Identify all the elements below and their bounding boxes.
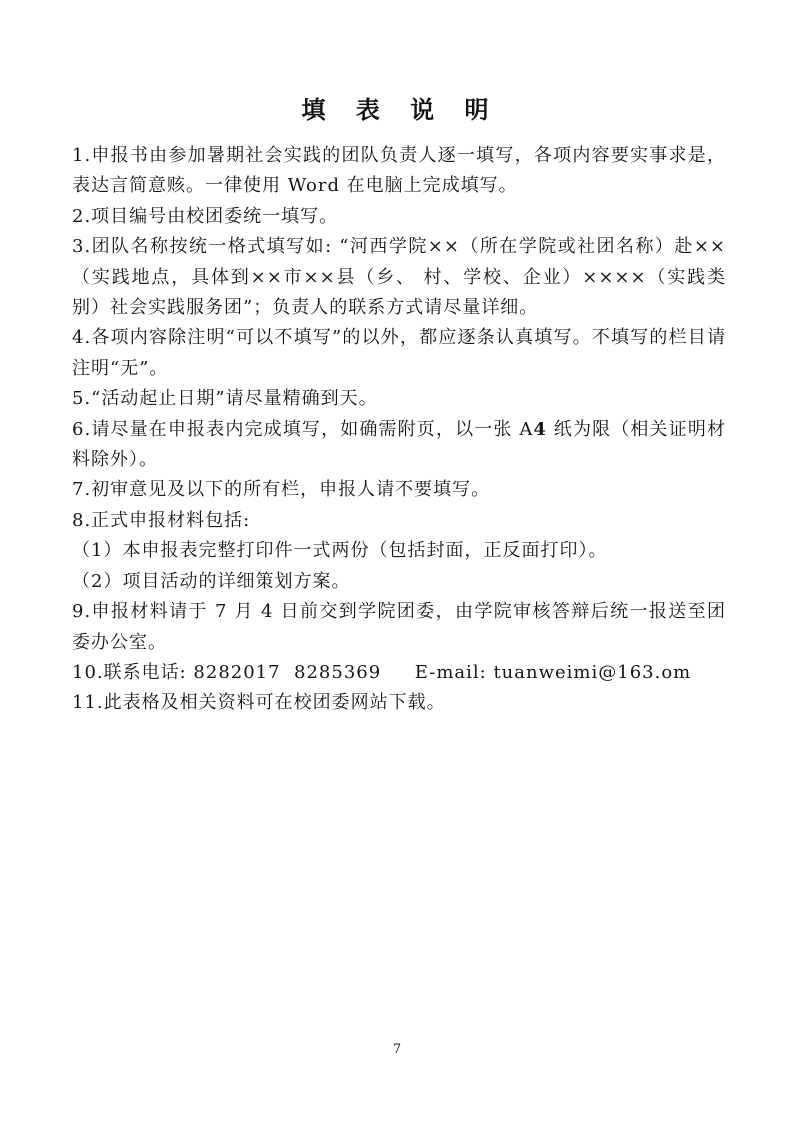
instruction-item-4: 4.各项内容除注明“可以不填写”的以外，都应逐条认真填写。不填写的栏目请注明“无… — [72, 323, 726, 384]
instruction-item-7: 7.初审意见及以下的所有栏，申报人请不要填写。 — [72, 475, 726, 505]
instruction-item-1: 1.申报书由参加暑期社会实践的团队负责人逐一填写，各项内容要实事求是，表达言简意… — [72, 141, 726, 202]
page-number: 7 — [0, 1042, 794, 1057]
instruction-item-11: 11.此表格及相关资料可在校团委网站下载。 — [72, 688, 726, 718]
document-page: 填 表 说 明 1.申报书由参加暑期社会实践的团队负责人逐一填写，各项内容要实事… — [0, 0, 794, 1123]
instruction-item-10-contact: 10.联系电话: 8282017 8285369 E-mail: tuanwei… — [72, 658, 726, 688]
instructions-section: 1.申报书由参加暑期社会实践的团队负责人逐一填写，各项内容要实事求是，表达言简意… — [72, 141, 726, 719]
instruction-item-5: 5.“活动起止日期”请尽量精确到天。 — [72, 384, 726, 414]
page-title: 填 表 说 明 — [0, 90, 794, 125]
instruction-item-8: 8.正式申报材料包括: — [72, 506, 726, 536]
instruction-6-text-pre: 6.请尽量在申报表内完成填写，如确需附页，以一张 A — [72, 419, 533, 440]
instruction-item-8-sub-1: （1）本申报表完整打印件一式两份（包括封面，正反面打印）。 — [72, 536, 726, 566]
instruction-item-8-sub-2: （2）项目活动的详细策划方案。 — [72, 567, 726, 597]
instruction-item-2: 2.项目编号由校团委统一填写。 — [72, 202, 726, 232]
instruction-item-9: 9.申报材料请于 7 月 4 日前交到学院团委，由学院审核答辩后统一报送至团委办… — [72, 597, 726, 658]
instruction-item-3: 3.团队名称按统一格式填写如: “河西学院××（所在学院或社团名称）赴××（实践… — [72, 232, 726, 323]
a4-bold-digit: 4 — [533, 419, 547, 440]
instruction-item-6: 6.请尽量在申报表内完成填写，如确需附页，以一张 A4 纸为限（相关证明材料除外… — [72, 415, 726, 476]
